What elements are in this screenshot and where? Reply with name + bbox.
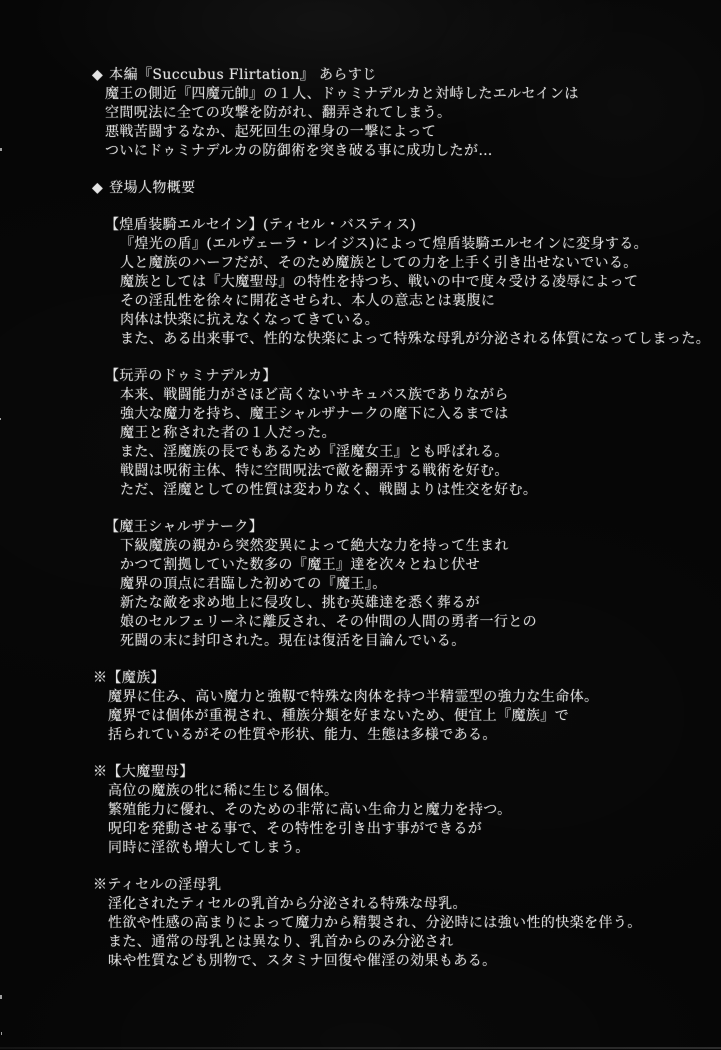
section-title: 登場人物概要 — [109, 180, 195, 196]
section-body: 本来、戦闘能力がさほど高くないサキュバス族でありながら強大な魔力を持ち、魔王シャ… — [0, 386, 721, 500]
diamond-bullet-icon: ◆ — [92, 66, 103, 85]
scan-bottom-edge — [0, 1047, 721, 1049]
section-body: 魔界に住み、高い魔力と強靱で特殊な肉体を持つ半精霊型の強力な生命体。魔界では個体… — [0, 688, 721, 745]
text-line: 新たな敵を求め地上に侵攻し、挑む英雄達を悉く葬るが — [120, 594, 721, 613]
text-line: 戦闘は呪術主体、特に空間呪法で敵を翻弄する戦術を好む。 — [120, 462, 721, 481]
section-character: 【魔王シャルザナーク】下級魔族の親から突然変異によって絶大な力を持って生まれかつ… — [0, 518, 721, 651]
text-line: その淫乱性を徐々に開花させられ、本人の意志とは裏腹に — [120, 292, 721, 311]
section-title: 【魔族】 — [107, 670, 165, 686]
page-content: ◆本編『Succubus Flirtation』 あらすじ魔王の側近『四魔元帥』… — [0, 0, 721, 971]
text-line: 強大な魔力を持ち、魔王シャルザナークの麾下に入るまでは — [120, 405, 721, 424]
section-title: 【玩弄のドゥミナデルカ】 — [105, 368, 277, 384]
text-line: ついにドゥミナデルカの防御術を突き破る事に成功したが… — [105, 142, 721, 161]
reference-mark-icon: ※ — [93, 670, 107, 686]
text-line: 下級魔族の親から突然変異によって絶大な力を持って生まれ — [120, 537, 721, 556]
text-line: 淫化されたティセルの乳首から分泌される特殊な母乳。 — [108, 895, 721, 914]
text-line: 味や性質なども別物で、スタミナ回復や催淫の効果もある。 — [108, 952, 721, 971]
section-body: 魔王の側近『四魔元帥』の１人、ドゥミナデルカと対峙したエルセインは空間呪法に全て… — [0, 85, 721, 161]
text-line: かつて割拠していた数多の『魔王』達を次々とねじ伏せ — [120, 556, 721, 575]
text-line: また、淫魔族の長でもあるため『淫魔女王』とも呼ばれる。 — [120, 443, 721, 462]
text-line: 魔界では個体が重視され、種族分類を好まないため、便宜上『魔族』で — [108, 707, 721, 726]
text-line: 魔界に住み、高い魔力と強靱で特殊な肉体を持つ半精霊型の強力な生命体。 — [108, 688, 721, 707]
section-title-row: 【玩弄のドゥミナデルカ】 — [0, 367, 721, 386]
text-line: 魔族としては『大魔聖母』の特性を持つち、戦いの中で度々受ける凌辱によって — [120, 273, 721, 292]
text-line: ただ、淫魔としての性質は変わりなく、戦闘よりは性交を好む。 — [120, 481, 721, 500]
section-title-row: ◆登場人物概要 — [0, 179, 721, 198]
text-line: 死闘の末に封印された。現在は復活を目論んでいる。 — [120, 632, 721, 651]
text-line: 本来、戦闘能力がさほど高くないサキュバス族でありながら — [120, 386, 721, 405]
text-line: 『煌光の盾』(エルヴェーラ・レイジス)によって煌盾装騎エルセインに変身する。 — [120, 235, 721, 254]
section-title: 【魔王シャルザナーク】 — [105, 519, 263, 535]
section-body: 下級魔族の親から突然変異によって絶大な力を持って生まれかつて割拠していた数多の『… — [0, 537, 721, 651]
section-title: ティセルの淫母乳 — [107, 877, 221, 893]
text-line: 高位の魔族の牝に稀に生じる個体。 — [108, 782, 721, 801]
section-character: 【煌盾装騎エルセイン】(ティセル・バスティス)『煌光の盾』(エルヴェーラ・レイジ… — [0, 216, 721, 349]
section-heading: ◆本編『Succubus Flirtation』 あらすじ魔王の側近『四魔元帥』… — [0, 66, 721, 161]
section-title-row: ※【大魔聖母】 — [0, 763, 721, 782]
section-body: 『煌光の盾』(エルヴェーラ・レイジス)によって煌盾装騎エルセインに変身する。人と… — [0, 235, 721, 349]
text-line: 肉体は快楽に抗えなくなってきている。 — [120, 311, 721, 330]
section-note: ※ティセルの淫母乳淫化されたティセルの乳首から分泌される特殊な母乳。性欲や性感の… — [0, 876, 721, 971]
section-title-row: 【魔王シャルザナーク】 — [0, 518, 721, 537]
text-line: 呪印を発動させる事で、その特性を引き出す事ができるが — [108, 820, 721, 839]
section-note: ※【大魔聖母】高位の魔族の牝に稀に生じる個体。繁殖能力に優れ、そのための非常に高… — [0, 763, 721, 858]
section-title: 【大魔聖母】 — [107, 764, 193, 780]
section-title-row: ※【魔族】 — [0, 669, 721, 688]
section-note: ※【魔族】魔界に住み、高い魔力と強靱で特殊な肉体を持つ半精霊型の強力な生命体。魔… — [0, 669, 721, 745]
text-line: また、ある出来事で、性的な快楽によって特殊な母乳が分泌される体質になってしまった… — [120, 330, 721, 349]
text-line: 魔界の頂点に君臨した初めての『魔王』。 — [120, 575, 721, 594]
scanned-story-page: ◆本編『Succubus Flirtation』 あらすじ魔王の側近『四魔元帥』… — [0, 0, 721, 1050]
text-line: 性欲や性感の高まりによって魔力から精製され、分泌時には強い性的快楽を伴う。 — [108, 914, 721, 933]
text-line: 空間呪法に全ての攻撃を防がれ、翻弄されてしまう。 — [105, 104, 721, 123]
section-title-row: ※ティセルの淫母乳 — [0, 876, 721, 895]
text-line: また、通常の母乳とは異なり、乳首からのみ分泌され — [108, 933, 721, 952]
section-title-row: ◆本編『Succubus Flirtation』 あらすじ — [0, 66, 721, 85]
text-line: 繁殖能力に優れ、そのための非常に高い生命力と魔力を持つ。 — [108, 801, 721, 820]
section-body: 淫化されたティセルの乳首から分泌される特殊な母乳。性欲や性感の高まりによって魔力… — [0, 895, 721, 971]
text-line: 悪戦苦闘するなか、起死回生の渾身の一撃によって — [105, 123, 721, 142]
section-title: 【煌盾装騎エルセイン】(ティセル・バスティス) — [105, 217, 416, 233]
diamond-bullet-icon: ◆ — [92, 179, 103, 198]
section-character: 【玩弄のドゥミナデルカ】本来、戦闘能力がさほど高くないサキュバス族でありながら強… — [0, 367, 721, 500]
reference-mark-icon: ※ — [93, 764, 107, 780]
text-line: 魔王の側近『四魔元帥』の１人、ドゥミナデルカと対峙したエルセインは — [105, 85, 721, 104]
text-line: 人と魔族のハーフだが、そのため魔族としての力を上手く引き出せないでいる。 — [120, 254, 721, 273]
text-line: 同時に淫欲も増大してしまう。 — [108, 839, 721, 858]
section-body: 高位の魔族の牝に稀に生じる個体。繁殖能力に優れ、そのための非常に高い生命力と魔力… — [0, 782, 721, 858]
text-line: 魔王と称された者の１人だった。 — [120, 424, 721, 443]
section-title: 本編『Succubus Flirtation』 あらすじ — [109, 67, 376, 83]
section-heading: ◆登場人物概要 — [0, 179, 721, 198]
text-line: 括られているがその性質や形状、能力、生態は多様である。 — [108, 726, 721, 745]
section-title-row: 【煌盾装騎エルセイン】(ティセル・バスティス) — [0, 216, 721, 235]
reference-mark-icon: ※ — [93, 877, 107, 893]
text-line: 娘のセルフェリーネに離反され、その仲間の人間の勇者一行との — [120, 613, 721, 632]
